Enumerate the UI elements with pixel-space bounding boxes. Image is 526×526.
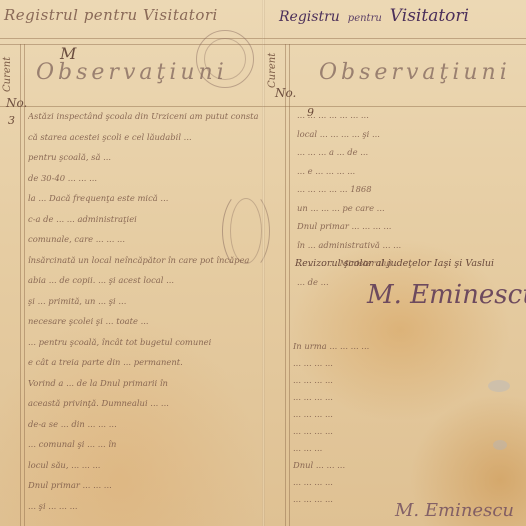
document-scan: Registrul pentru Visitatori Curent No. M… [0, 0, 526, 526]
column-heading-observatiuni: Observaţiuni [319, 60, 511, 85]
register-title: Registrul pentru Visitatori [4, 6, 218, 24]
header-rule-2 [263, 44, 526, 45]
margin-line [20, 44, 21, 526]
signature-eminescu: M. Eminescu [367, 280, 526, 310]
header-rule [263, 38, 526, 39]
paper-stain-2 [493, 440, 507, 450]
number-mark: No. [275, 86, 296, 100]
second-entry-text: In urma ... ... ... ... ... ... ... ... … [293, 338, 519, 508]
signature-eminescu-2: M. Eminescu [395, 500, 514, 521]
left-page: Registrul pentru Visitatori Curent No. M… [0, 0, 263, 526]
title-word-registru: Registru [279, 9, 340, 25]
inspector-title: Revizorul şcolar al judeţelor Iaşi şi Va… [295, 258, 494, 269]
entry-text: Astăzi inspectând şcoala din Urziceni am… [28, 106, 258, 516]
title-word-visitatori: Visitatori [390, 6, 469, 26]
column-label-curent: Curent [2, 57, 13, 92]
register-title: RegistrupentruVisitatori [279, 6, 469, 26]
paper-stain [488, 380, 510, 392]
column-label-curent: Curent [267, 53, 278, 88]
margin-line-2 [24, 44, 25, 526]
margin-line [285, 44, 286, 526]
right-page: RegistrupentruVisitatori Curent No. Obse… [263, 0, 526, 526]
entry-number: 3 [8, 114, 15, 127]
official-stamp [196, 30, 254, 88]
number-mark: No. [6, 96, 27, 110]
margin-line-2 [289, 44, 290, 526]
title-word-pentru: pentru [348, 13, 382, 24]
